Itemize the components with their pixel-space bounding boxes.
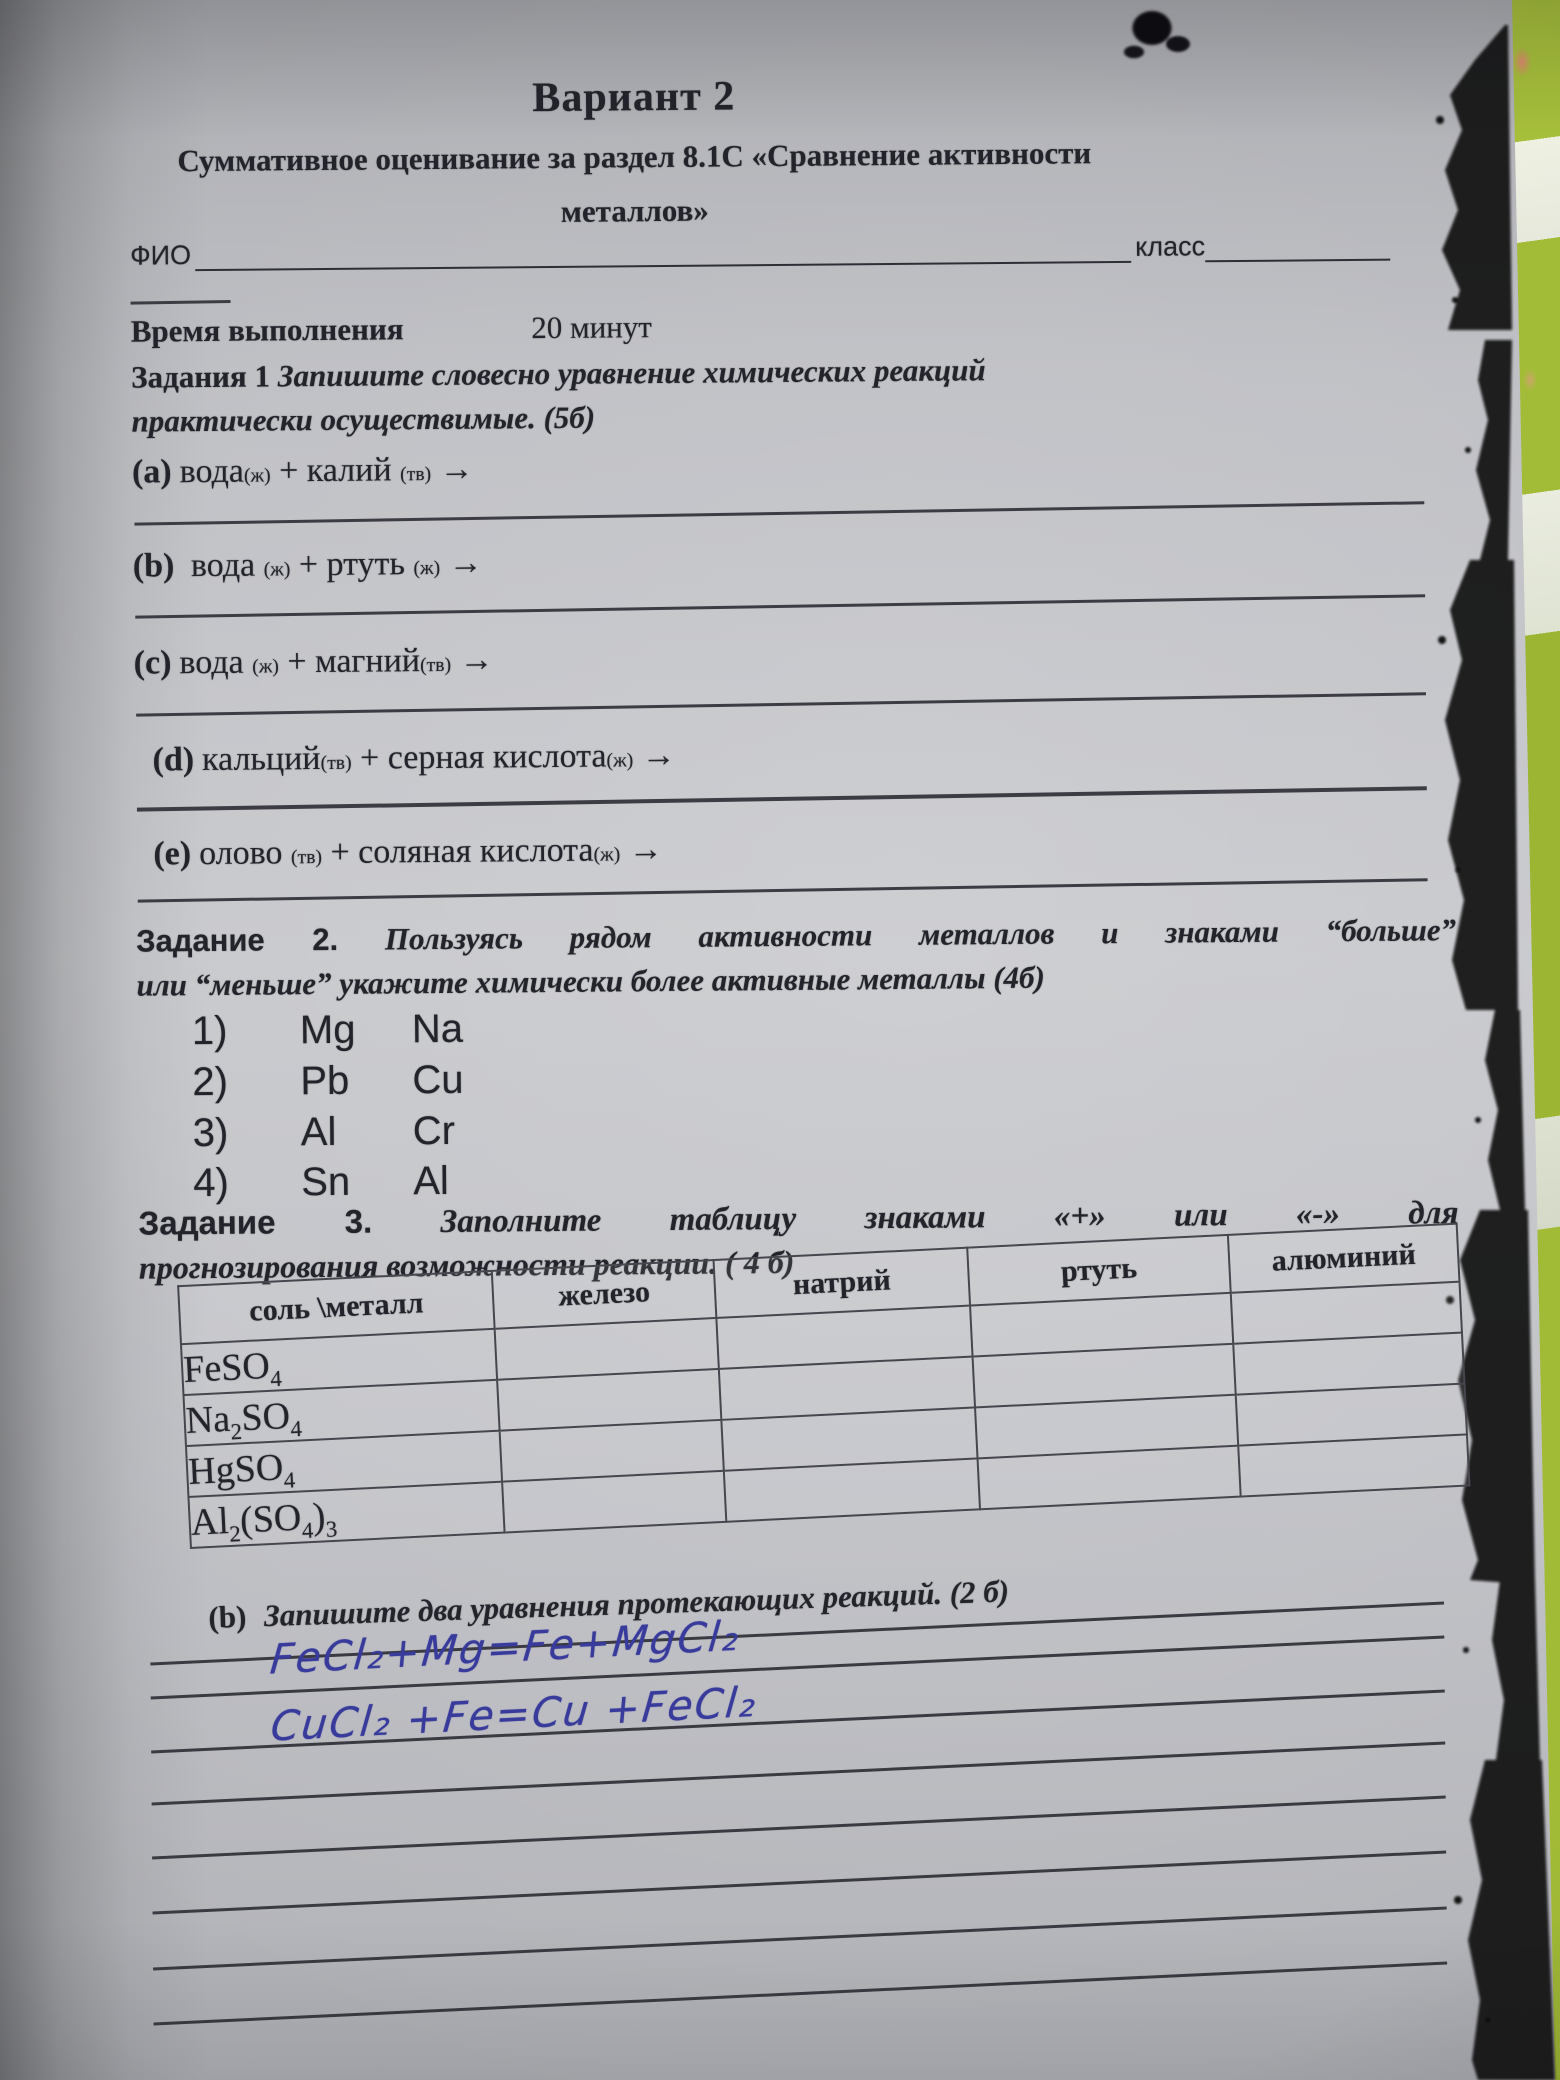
task1-item-a: (а)вода(ж) + калий (тв) → (132, 451, 474, 492)
table-cell-empty (724, 1458, 980, 1521)
pair-metal-a: Sn (301, 1159, 413, 1205)
page-title: Вариант 2 (129, 69, 1139, 126)
pair-metal-b: Na (412, 1007, 464, 1052)
item-e-text: олово (тв) + соляная кислота(ж) → (199, 831, 663, 872)
item-d-label: (d) (152, 741, 194, 778)
class-blank-line (1205, 229, 1390, 263)
pair-number: 2) (192, 1059, 300, 1105)
task3-heading: Задание 3. (138, 1203, 372, 1242)
task2-instruction-line1: Пользуясь рядом активности металлов и зн… (385, 912, 1456, 956)
page-subtitle-line2: металлов» (90, 188, 1180, 234)
task1-heading: Задания 1 (131, 358, 270, 394)
metal-pair-2: 2)PbCu (192, 1058, 464, 1105)
metal-pair-3: 3)AlCr (193, 1109, 456, 1156)
item-b-text: вода (ж) + ртуть (ж) → (182, 545, 483, 585)
answer-line (136, 692, 1426, 716)
task1-item-d: (d)кальций(тв) + серная кислота(ж) → (152, 737, 676, 780)
worksheet-content: Вариант 2 Суммативное оценивание за разд… (0, 0, 1560, 2080)
answer-line (135, 594, 1425, 618)
pair-metal-a: Mg (300, 1007, 412, 1053)
task2-heading: Задание 2. (136, 922, 338, 959)
item-d-text: кальций(тв) + серная кислота(ж) → (202, 737, 676, 778)
writing-line (152, 1796, 1446, 1860)
metal-pair-1: 1)MgNa (192, 1007, 464, 1054)
task1-item-e: (e)олово (тв) + соляная кислота(ж) → (153, 831, 663, 873)
pair-number: 4) (193, 1160, 301, 1206)
item-c-label: (c) (134, 644, 172, 681)
table-cell-empty (502, 1471, 726, 1533)
pair-metal-b: Cr (413, 1109, 456, 1154)
timing-value: 20 минут (531, 309, 652, 345)
pair-metal-a: Pb (300, 1058, 412, 1104)
answer-line (137, 786, 1427, 811)
task3b-label: (b) (208, 1599, 247, 1635)
class-label: класс (1135, 231, 1205, 263)
short-blank-line (131, 300, 231, 305)
fio-label: ФИО (130, 240, 191, 272)
pair-metal-b: Al (413, 1159, 449, 1204)
writing-line (153, 1907, 1447, 1971)
task1-instruction-line1: Запишите словесно уравнение химических р… (278, 352, 986, 393)
pair-metal-b: Cu (412, 1058, 464, 1103)
pair-number: 3) (193, 1110, 301, 1156)
item-e-label: (e) (153, 835, 191, 872)
metal-pair-4: 4)SnAl (193, 1159, 449, 1206)
answer-line (134, 501, 1424, 525)
item-c-text: вода (ж) + магний(тв) → (179, 642, 493, 682)
task2-instruction-line2: или “меньше” укажите химически более акт… (136, 960, 1045, 1004)
pair-metal-a: Al (301, 1109, 413, 1155)
task1-heading-line1: Задания 1 Запишите словесно уравнение хи… (131, 350, 1231, 396)
page-subtitle-line1: Суммативное оценивание за раздел 8.1С «С… (89, 134, 1179, 180)
item-a-label: (а) (132, 453, 172, 490)
col-header-iron: железо (492, 1260, 717, 1329)
timing-label: Время выполнения (131, 311, 404, 348)
item-a-text: вода(ж) + калий (тв) → (180, 451, 474, 491)
table-cell-empty (1238, 1434, 1469, 1496)
answer-line (138, 878, 1428, 902)
writing-line (153, 1851, 1447, 1915)
timing-row: Время выполнения 20 минут (131, 309, 652, 350)
worksheet-photo: Вариант 2 Суммативное оценивание за разд… (0, 0, 1560, 2080)
fio-blank-line (195, 231, 1131, 271)
task1-item-c: (c)вода (ж) + магний(тв) → (134, 642, 494, 683)
item-b-label: (b) (133, 547, 175, 584)
task1-instruction-line2: практически осуществимые. (5б) (131, 400, 595, 440)
writing-line (152, 1742, 1446, 1806)
fio-class-row: ФИО класс (130, 229, 1390, 272)
task2-heading-line1: Задание 2. Пользуясь рядом активности ме… (136, 912, 1456, 960)
writing-line (153, 1962, 1447, 2026)
pair-number: 1) (192, 1008, 300, 1054)
task1-item-b: (b) вода (ж) + ртуть (ж) → (133, 545, 483, 586)
